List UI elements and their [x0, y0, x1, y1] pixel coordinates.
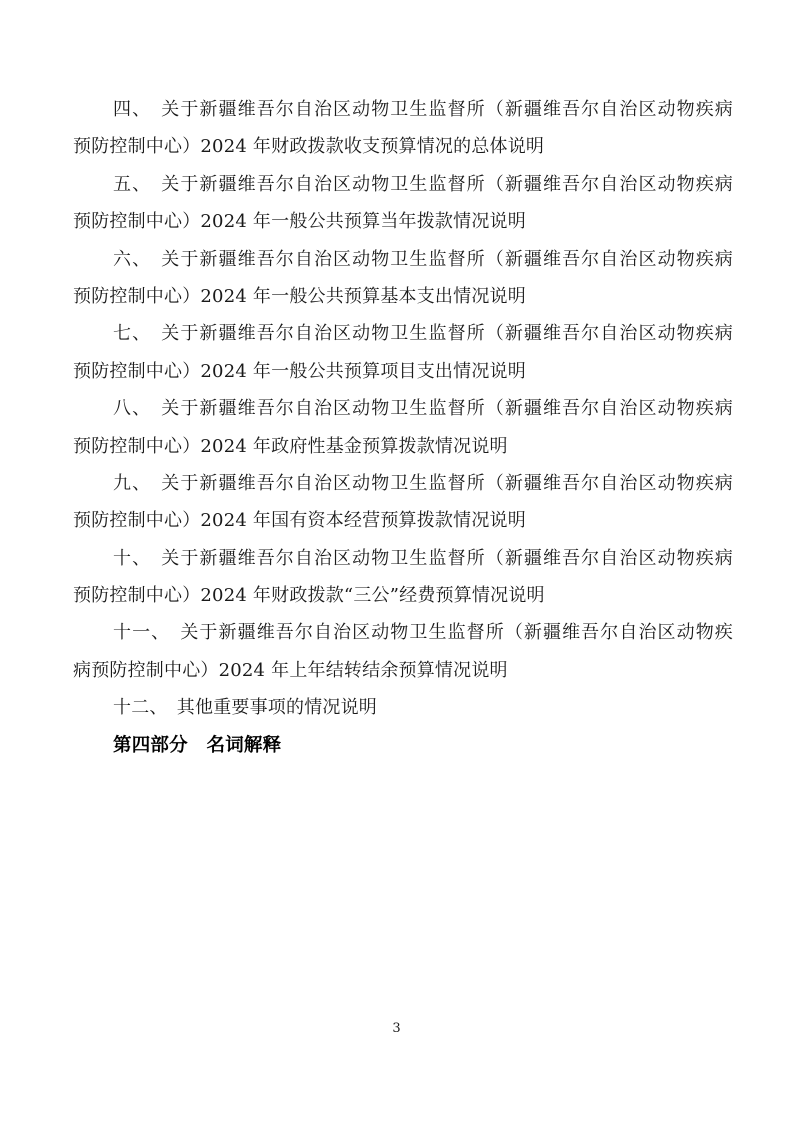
toc-item-6-line-2: 预防控制中心）2024 年一般公共预算基本支出情况说明 [73, 278, 733, 315]
toc-item-7-line-2: 预防控制中心）2024 年一般公共预算项目支出情况说明 [73, 353, 733, 390]
section-heading: 第四部分 名词解释 [73, 727, 733, 764]
toc-item-10-line-2: 预防控制中心）2024 年财政拨款“三公”经费预算情况说明 [73, 577, 733, 614]
toc-item-11-line-2: 病预防控制中心）2024 年上年结转结余预算情况说明 [73, 652, 733, 689]
toc-item-9-line-1: 九、 关于新疆维吾尔自治区动物卫生监督所（新疆维吾尔自治区动物疾病 [73, 465, 733, 502]
toc-item-8-line-2: 预防控制中心）2024 年政府性基金预算拨款情况说明 [73, 428, 733, 465]
toc-item-12-line-1: 十二、 其他重要事项的情况说明 [73, 689, 733, 726]
page-number: 3 [0, 1021, 793, 1036]
toc-item-5-line-2: 预防控制中心）2024 年一般公共预算当年拨款情况说明 [73, 203, 733, 240]
toc-item-4-line-1: 四、 关于新疆维吾尔自治区动物卫生监督所（新疆维吾尔自治区动物疾病 [73, 91, 733, 128]
toc-item-7-line-1: 七、 关于新疆维吾尔自治区动物卫生监督所（新疆维吾尔自治区动物疾病 [73, 315, 733, 352]
toc-item-6-line-1: 六、 关于新疆维吾尔自治区动物卫生监督所（新疆维吾尔自治区动物疾病 [73, 241, 733, 278]
document-page: 四、 关于新疆维吾尔自治区动物卫生监督所（新疆维吾尔自治区动物疾病 预防控制中心… [0, 0, 793, 1122]
toc-item-8-line-1: 八、 关于新疆维吾尔自治区动物卫生监督所（新疆维吾尔自治区动物疾病 [73, 390, 733, 427]
toc-item-9-line-2: 预防控制中心）2024 年国有资本经营预算拨款情况说明 [73, 502, 733, 539]
toc-item-11-line-1: 十一、 关于新疆维吾尔自治区动物卫生监督所（新疆维吾尔自治区动物疾 [73, 614, 733, 651]
toc-item-5-line-1: 五、 关于新疆维吾尔自治区动物卫生监督所（新疆维吾尔自治区动物疾病 [73, 166, 733, 203]
toc-content: 四、 关于新疆维吾尔自治区动物卫生监督所（新疆维吾尔自治区动物疾病 预防控制中心… [73, 91, 733, 764]
toc-item-10-line-1: 十、 关于新疆维吾尔自治区动物卫生监督所（新疆维吾尔自治区动物疾病 [73, 540, 733, 577]
toc-item-4-line-2: 预防控制中心）2024 年财政拨款收支预算情况的总体说明 [73, 128, 733, 165]
